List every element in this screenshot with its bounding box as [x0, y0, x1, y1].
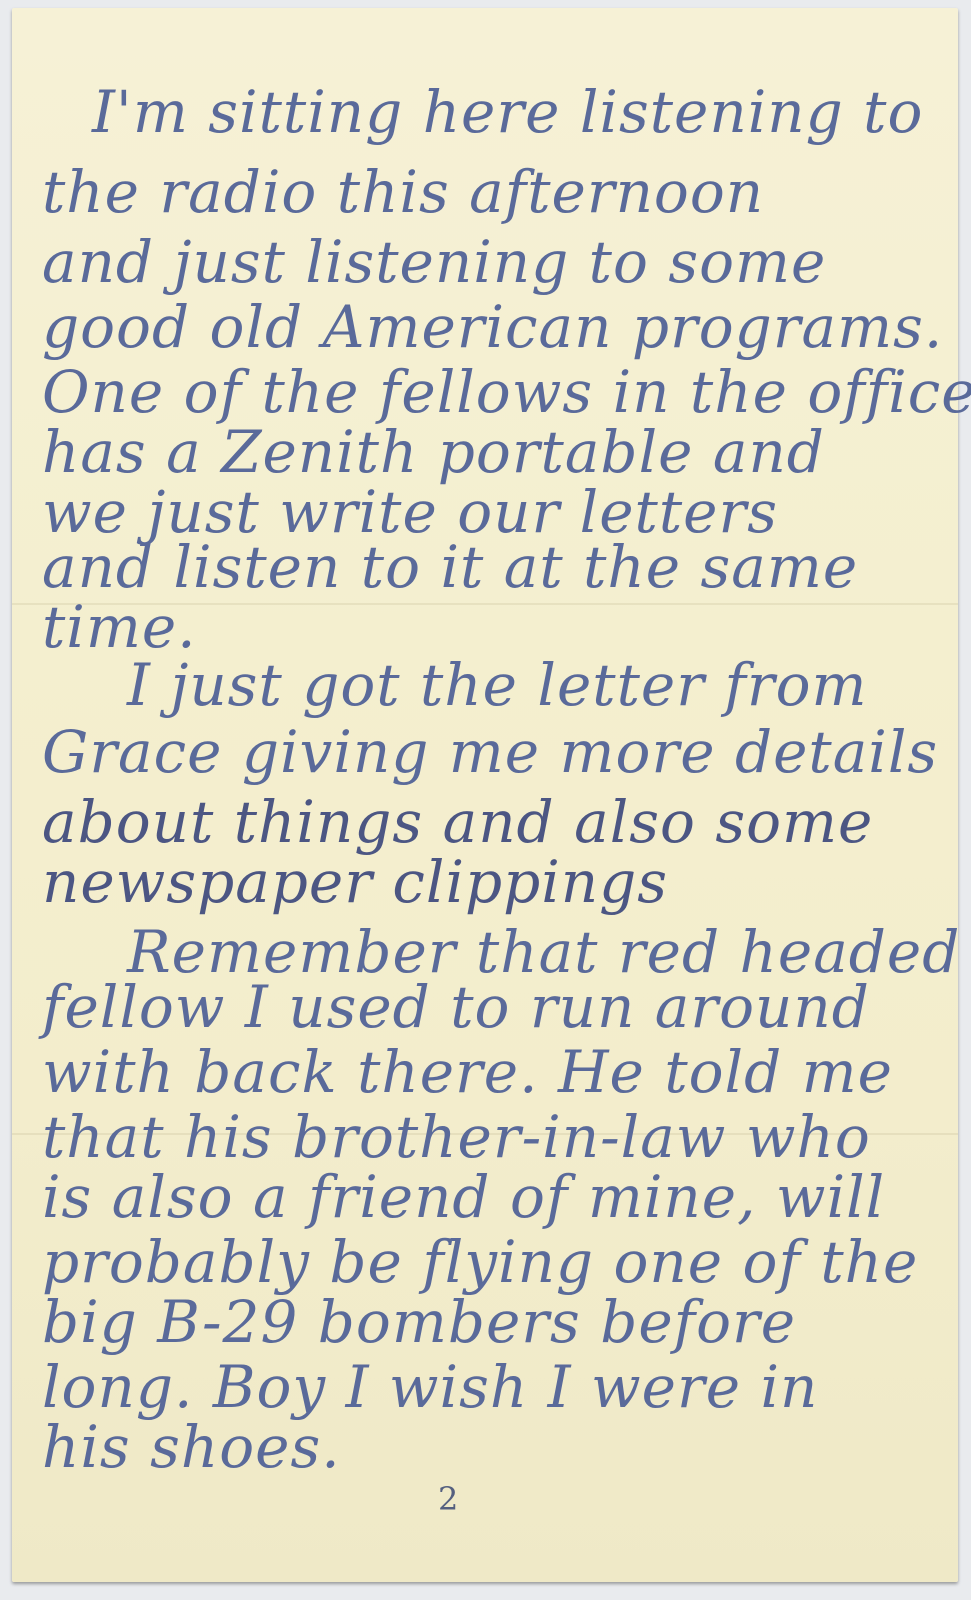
- handwritten-line: big B-29 bombers before: [42, 1293, 796, 1351]
- handwritten-line: probably be flying one of the: [42, 1233, 918, 1291]
- handwritten-line: and just listening to some: [42, 233, 826, 291]
- handwritten-line: Grace giving me more details: [42, 723, 938, 781]
- handwritten-line: I just got the letter from: [127, 656, 868, 714]
- handwritten-line: about things and also some: [42, 793, 873, 851]
- handwritten-line: good old American programs.: [42, 298, 943, 356]
- handwritten-line: has a Zenith portable and: [42, 423, 825, 481]
- handwritten-line: that his brother-in-law who: [42, 1108, 871, 1166]
- handwritten-line: One of the fellows in the office: [42, 363, 971, 421]
- handwritten-line: time.: [42, 598, 197, 656]
- handwritten-line: his shoes.: [42, 1418, 341, 1476]
- handwritten-line: is also a friend of mine, will: [42, 1168, 885, 1226]
- letter-page: I'm sitting here listening to the radio …: [12, 8, 958, 1582]
- handwritten-line: fellow I used to run around: [42, 978, 870, 1036]
- handwritten-line: and listen to it at the same: [42, 538, 858, 596]
- page-number: 2: [438, 1480, 458, 1518]
- handwritten-line: newspaper clippings: [42, 853, 668, 911]
- handwritten-line: long. Boy I wish I were in: [42, 1358, 818, 1416]
- handwritten-line: the radio this afternoon: [42, 163, 764, 221]
- handwritten-line: I'm sitting here listening to: [92, 83, 923, 141]
- handwritten-line: with back there. He told me: [42, 1043, 893, 1101]
